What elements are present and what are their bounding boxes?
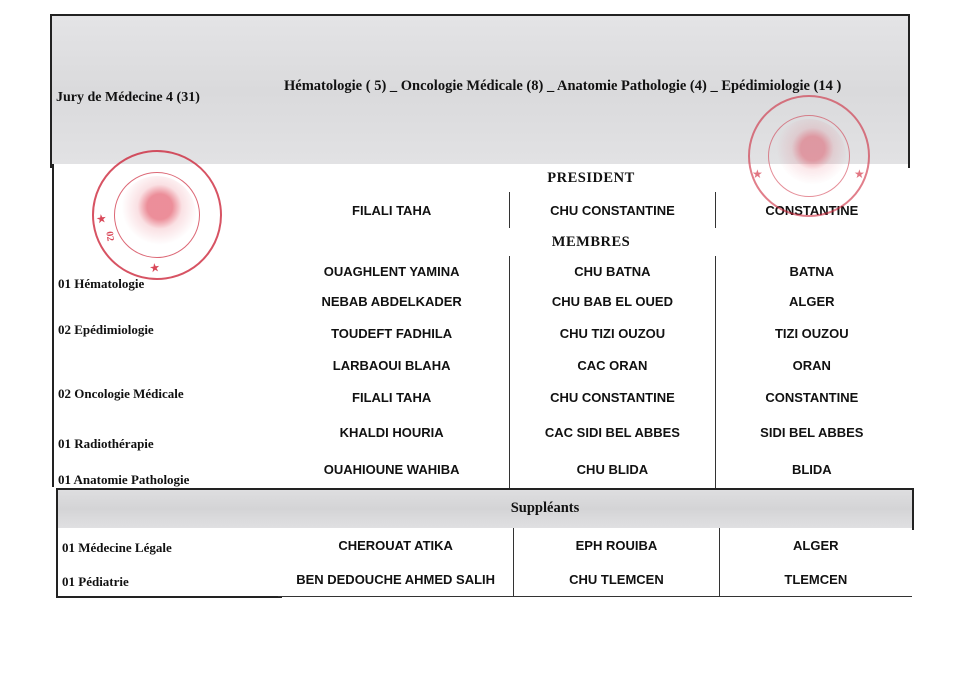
member-institution: CHU TIZI OUZOU xyxy=(510,317,715,349)
member-institution: CHU BATNA xyxy=(510,256,715,286)
member-name: KHALDI HOURIA xyxy=(274,414,510,450)
specialty-label: 01 Hématologie xyxy=(58,276,144,292)
member-city: BATNA xyxy=(716,256,908,286)
member-name: OUAGHLENT YAMINA xyxy=(274,256,510,286)
suppleants-table: CHEROUAT ATIKAEPH ROUIBAALGERBEN DEDOUCH… xyxy=(278,528,914,530)
stamp-number: 02 xyxy=(103,231,115,242)
member-city: TIZI OUZOU xyxy=(716,317,908,349)
supplementary-specialties-column: 01 Médecine Légale 01 Pédiatrie xyxy=(56,528,282,598)
suppleants-label: Suppléants xyxy=(58,500,912,517)
table-row: FILALI TAHACHU CONSTANTINECONSTANTINE xyxy=(274,381,908,415)
member-name: FILALI TAHA xyxy=(274,192,510,228)
table-row: CHEROUAT ATIKAEPH ROUIBAALGER xyxy=(278,528,912,563)
member-name: BEN DEDOUCHE AHMED SALIH xyxy=(278,562,514,596)
specialty-label: 01 Radiothérapie xyxy=(58,436,154,452)
table-row: TOUDEFT FADHILACHU TIZI OUZOUTIZI OUZOU xyxy=(274,317,908,350)
member-city: ALGER xyxy=(720,528,912,562)
specialties-summary: Hématologie ( 5) _ Oncologie Médicale (8… xyxy=(284,78,841,95)
member-name: LARBAOUI BLAHA xyxy=(274,349,510,381)
member-city: CONSTANTINE xyxy=(716,381,908,414)
member-name: CHEROUAT ATIKA xyxy=(278,528,514,562)
member-institution: CAC ORAN xyxy=(510,349,715,381)
member-city: BLIDA xyxy=(716,450,908,489)
table-row: OUAHIOUNE WAHIBACHU BLIDABLIDA xyxy=(274,450,908,490)
star-icon: ★ xyxy=(148,260,161,276)
table-row: NEBAB ABDELKADERCHU BAB EL OUEDALGER xyxy=(274,286,908,318)
member-institution: CHU BLIDA xyxy=(510,450,715,489)
president-label: PRESIDENT xyxy=(547,170,635,187)
membres-label: MEMBRES xyxy=(552,234,630,251)
specialty-label: 01 Médecine Légale xyxy=(62,540,172,556)
star-icon: ★ xyxy=(854,167,865,182)
specialty-label: 01 Pédiatrie xyxy=(62,574,129,590)
specialty-label: 01 Anatomie Pathologie xyxy=(58,472,189,488)
member-city: TLEMCEN xyxy=(720,562,912,596)
member-institution: CHU BAB EL OUED xyxy=(510,286,715,317)
table-row: BEN DEDOUCHE AHMED SALIHCHU TLEMCENTLEMC… xyxy=(278,562,912,597)
member-city: SIDI BEL ABBES xyxy=(716,414,908,450)
table-row: OUAGHLENT YAMINACHU BATNABATNA xyxy=(274,256,908,287)
member-institution: CHU CONSTANTINE xyxy=(510,381,715,414)
member-institution: EPH ROUIBA xyxy=(514,528,719,562)
member-city: ALGER xyxy=(716,286,908,317)
member-institution: CHU TLEMCEN xyxy=(514,562,719,596)
member-name: FILALI TAHA xyxy=(274,381,510,414)
member-city: ORAN xyxy=(716,349,908,381)
table-row: KHALDI HOURIACAC SIDI BEL ABBESSIDI BEL … xyxy=(274,414,908,451)
star-icon: ★ xyxy=(752,167,763,182)
jury-title: Jury de Médecine 4 (31) xyxy=(56,90,200,106)
member-name: OUAHIOUNE WAHIBA xyxy=(274,450,510,489)
member-institution: CAC SIDI BEL ABBES xyxy=(510,414,715,450)
star-icon: ★ xyxy=(95,211,108,227)
membres-header: MEMBRES xyxy=(274,228,908,257)
official-stamp-right: ★ ★ xyxy=(748,95,870,217)
table-row: LARBAOUI BLAHACAC ORANORAN xyxy=(274,349,908,382)
member-institution: CHU CONSTANTINE xyxy=(510,192,715,228)
suppleants-header: Suppléants xyxy=(56,488,914,530)
specialty-label: 02 Epédimiologie xyxy=(58,322,154,338)
member-name: TOUDEFT FADHILA xyxy=(274,317,510,349)
specialty-label: 02 Oncologie Médicale xyxy=(58,386,184,402)
member-name: NEBAB ABDELKADER xyxy=(274,286,510,317)
stamp-emblem-icon xyxy=(772,119,846,193)
